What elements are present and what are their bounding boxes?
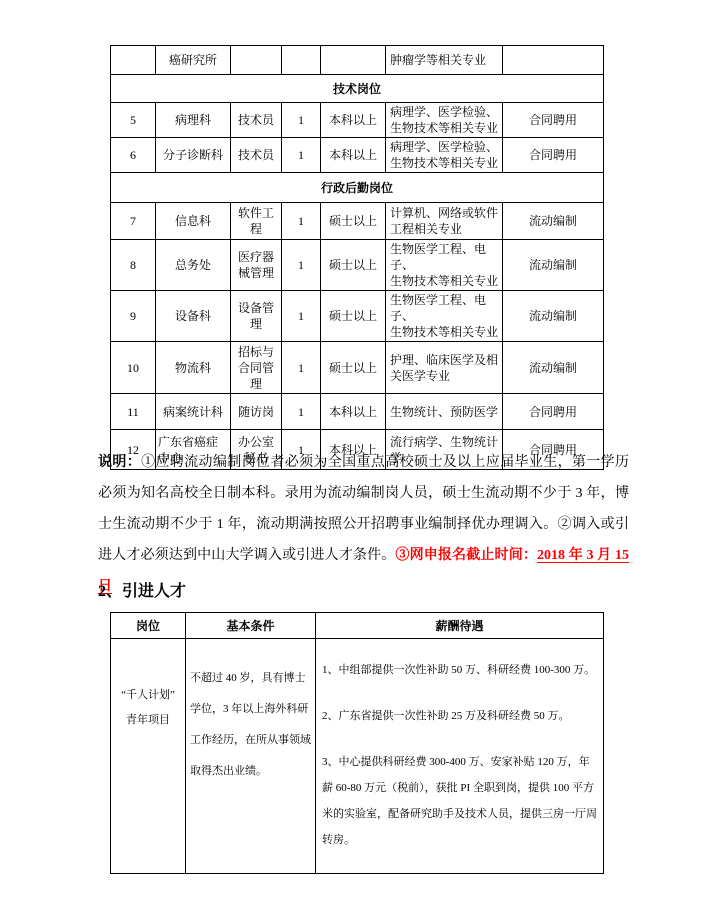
table-header-row: 岗位 基本条件 薪酬待遇 bbox=[111, 613, 604, 639]
note-label: 说明： bbox=[98, 455, 141, 470]
note-paragraph: 说明：①应聘流动编制岗位者必须为全国重点高校硕士及以上应届毕业生，第一学历必须为… bbox=[98, 447, 629, 602]
cell-degree: 本科以上 bbox=[321, 103, 386, 138]
cell-type: 合同聘用 bbox=[503, 138, 604, 173]
compensation-item: 3、中心提供科研经费 300-400 万、安家补贴 120 万，年 薪 60-8… bbox=[322, 749, 601, 853]
cell-major: 生物医学工程、电子、 生物技术等相关专业 bbox=[386, 240, 503, 291]
note-deadline-label: ③网申报名截止时间： bbox=[395, 548, 537, 563]
cell-type: 流动编制 bbox=[503, 240, 604, 291]
table-row-continuation: 癌研究所 肿瘤学等相关专业 bbox=[111, 46, 604, 75]
cell-major: 护理、临床医学及相 关医学专业 bbox=[386, 342, 503, 394]
cell-major: 生物统计、预防医学 bbox=[386, 394, 503, 430]
recruitment-table: 癌研究所 肿瘤学等相关专业 技术岗位 5 病理科 技术员 1 本科以上 病理学、… bbox=[110, 45, 604, 470]
cell-type: 合同聘用 bbox=[503, 394, 604, 430]
cell-type: 流动编制 bbox=[503, 203, 604, 240]
cell-major: 病理学、医学检验、 生物技术等相关专业 bbox=[386, 138, 503, 173]
cell-degree: 硕士以上 bbox=[321, 342, 386, 394]
cell-dept: 信息科 bbox=[156, 203, 231, 240]
table-row: 7 信息科 软件工 程 1 硕士以上 计算机、网络或软件 工程相关专业 流动编制 bbox=[111, 203, 604, 240]
talent-table: 岗位 基本条件 薪酬待遇 “千人计划” 青年项目 不超过 40 岁，具有博士 学… bbox=[110, 612, 604, 874]
cell-count: 1 bbox=[282, 291, 321, 342]
section-header-cell: 技术岗位 bbox=[111, 75, 604, 103]
cell-type bbox=[503, 46, 604, 75]
table-row: 6 分子诊断科 技术员 1 本科以上 病理学、医学检验、 生物技术等相关专业 合… bbox=[111, 138, 604, 173]
cell-dept: 癌研究所 bbox=[156, 46, 231, 75]
cell-compensation: 1、中组部提供一次性补助 50 万、科研经费 100-300 万。 2、广东省提… bbox=[316, 639, 604, 874]
header-position: 岗位 bbox=[111, 613, 186, 639]
cell-no bbox=[111, 46, 156, 75]
cell-dept: 总务处 bbox=[156, 240, 231, 291]
cell-count: 1 bbox=[282, 394, 321, 430]
compensation-item: 2、广东省提供一次性补助 25 万及科研经费 50 万。 bbox=[322, 703, 601, 729]
cell-count: 1 bbox=[282, 103, 321, 138]
cell-count: 1 bbox=[282, 138, 321, 173]
cell-requirements: 不超过 40 岁，具有博士 学位，3 年以上海外科研 工作经历，在所从事领域 取… bbox=[186, 639, 316, 874]
cell-degree: 硕士以上 bbox=[321, 291, 386, 342]
cell-no: 7 bbox=[111, 203, 156, 240]
cell-degree: 本科以上 bbox=[321, 138, 386, 173]
cell-major: 肿瘤学等相关专业 bbox=[386, 46, 503, 75]
cell-dept: 物流科 bbox=[156, 342, 231, 394]
section-header-cell: 行政后勤岗位 bbox=[111, 173, 604, 203]
note-body: ①应聘流动编制岗位者必须为全国重点高校硕士及以上应届毕业生，第一学历必须为知名高… bbox=[98, 455, 629, 563]
cell-no: 5 bbox=[111, 103, 156, 138]
cell-no: 11 bbox=[111, 394, 156, 430]
cell-post: 设备管 理 bbox=[231, 291, 282, 342]
cell-no: 6 bbox=[111, 138, 156, 173]
cell-no: 10 bbox=[111, 342, 156, 394]
cell-post: 技术员 bbox=[231, 103, 282, 138]
table-row: 10 物流科 招标与 合同管 理 1 硕士以上 护理、临床医学及相 关医学专业 … bbox=[111, 342, 604, 394]
cell-position: “千人计划” 青年项目 bbox=[111, 639, 186, 874]
section-row-admin: 行政后勤岗位 bbox=[111, 173, 604, 203]
cell-count: 1 bbox=[282, 342, 321, 394]
table-row: 11 病案统计科 随访岗 1 本科以上 生物统计、预防医学 合同聘用 bbox=[111, 394, 604, 430]
cell-major: 计算机、网络或软件 工程相关专业 bbox=[386, 203, 503, 240]
table-row: “千人计划” 青年项目 不超过 40 岁，具有博士 学位，3 年以上海外科研 工… bbox=[111, 639, 604, 874]
cell-type: 合同聘用 bbox=[503, 103, 604, 138]
cell-dept: 分子诊断科 bbox=[156, 138, 231, 173]
cell-post: 医疗器 械管理 bbox=[231, 240, 282, 291]
cell-degree bbox=[321, 46, 386, 75]
header-requirements: 基本条件 bbox=[186, 613, 316, 639]
cell-post: 招标与 合同管 理 bbox=[231, 342, 282, 394]
cell-degree: 本科以上 bbox=[321, 394, 386, 430]
cell-count: 1 bbox=[282, 240, 321, 291]
document-page: 癌研究所 肿瘤学等相关专业 技术岗位 5 病理科 技术员 1 本科以上 病理学、… bbox=[0, 0, 727, 898]
cell-degree: 硕士以上 bbox=[321, 240, 386, 291]
cell-dept: 设备科 bbox=[156, 291, 231, 342]
section-heading: 2、引进人才 bbox=[98, 582, 186, 602]
cell-count: 1 bbox=[282, 203, 321, 240]
cell-post: 技术员 bbox=[231, 138, 282, 173]
cell-type: 流动编制 bbox=[503, 342, 604, 394]
cell-no: 9 bbox=[111, 291, 156, 342]
cell-major: 生物医学工程、电子、 生物技术等相关专业 bbox=[386, 291, 503, 342]
cell-major: 病理学、医学检验、 生物技术等相关专业 bbox=[386, 103, 503, 138]
cell-post: 软件工 程 bbox=[231, 203, 282, 240]
table-row: 5 病理科 技术员 1 本科以上 病理学、医学检验、 生物技术等相关专业 合同聘… bbox=[111, 103, 604, 138]
header-compensation: 薪酬待遇 bbox=[316, 613, 604, 639]
table-row: 8 总务处 医疗器 械管理 1 硕士以上 生物医学工程、电子、 生物技术等相关专… bbox=[111, 240, 604, 291]
section-row-technical: 技术岗位 bbox=[111, 75, 604, 103]
cell-dept: 病案统计科 bbox=[156, 394, 231, 430]
cell-type: 流动编制 bbox=[503, 291, 604, 342]
cell-dept: 病理科 bbox=[156, 103, 231, 138]
table-row: 9 设备科 设备管 理 1 硕士以上 生物医学工程、电子、 生物技术等相关专业 … bbox=[111, 291, 604, 342]
cell-post bbox=[231, 46, 282, 75]
cell-count bbox=[282, 46, 321, 75]
cell-degree: 硕士以上 bbox=[321, 203, 386, 240]
cell-no: 8 bbox=[111, 240, 156, 291]
cell-post: 随访岗 bbox=[231, 394, 282, 430]
compensation-item: 1、中组部提供一次性补助 50 万、科研经费 100-300 万。 bbox=[322, 657, 601, 683]
